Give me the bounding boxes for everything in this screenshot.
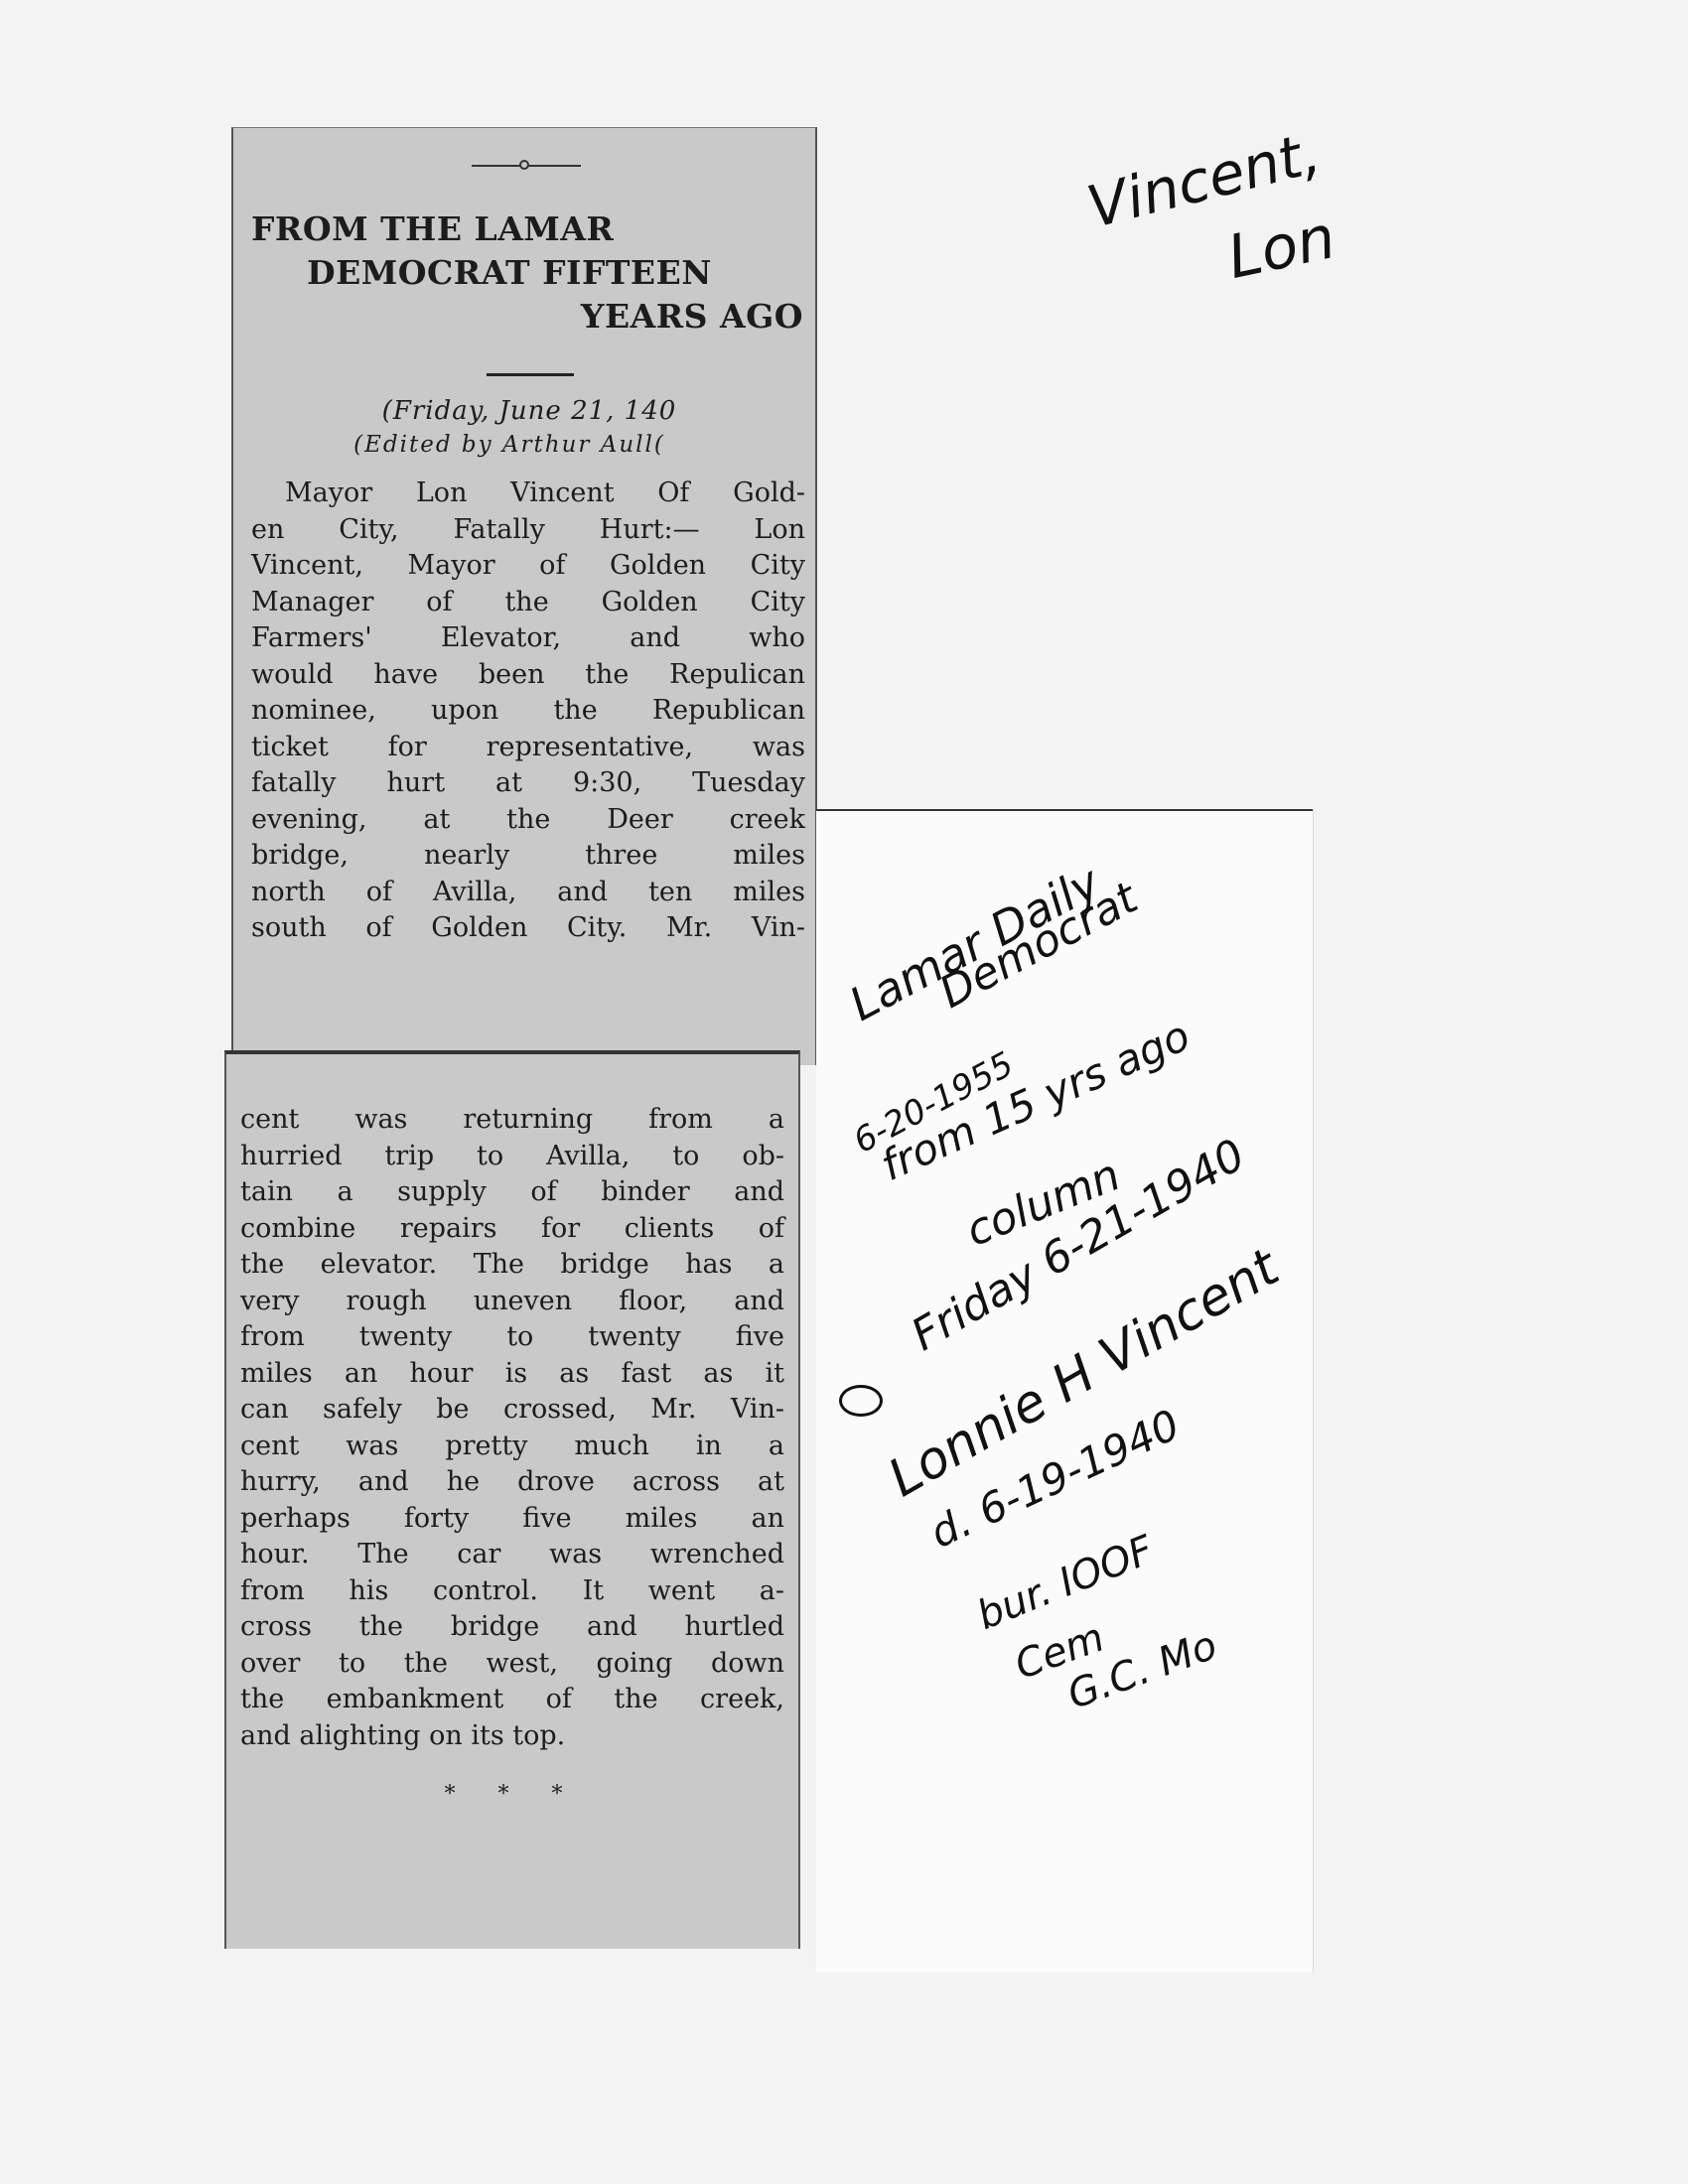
text-line: cent was pretty much in a (240, 1429, 784, 1465)
ornament-divider (472, 160, 581, 172)
headline-line: DEMOCRAT FIFTEEN (251, 251, 807, 295)
newspaper-clipping-lower: cent was returning from ahurried trip to… (224, 1050, 800, 1949)
text-line: bridge, nearly three miles (251, 838, 805, 875)
text-line: Manager of the Golden City (251, 585, 805, 621)
text-line: the elevator. The bridge has a (240, 1247, 784, 1284)
clipping-body-part1: Mayor Lon Vincent Of Gold-en City, Fatal… (251, 476, 805, 947)
editor-line: (Edited by Arthur Aull( (251, 428, 807, 462)
text-line: and alighting on its top. (240, 1718, 784, 1755)
text-line: miles an hour is as fast as it (240, 1356, 784, 1393)
text-line: from twenty to twenty five (240, 1319, 784, 1356)
scribble-mark-icon (839, 1385, 883, 1417)
text-line: cent was returning from a (240, 1102, 784, 1139)
clipping-headline: FROM THE LAMAR DEMOCRAT FIFTEEN YEARS AG… (251, 207, 807, 339)
text-line: fatally hurt at 9:30, Tuesday (251, 765, 805, 802)
text-line: would have been the Repulican (251, 657, 805, 694)
text-line: combine repairs for clients of (240, 1211, 784, 1248)
text-line: from his control. It went a- (240, 1573, 784, 1610)
text-line: nominee, upon the Republican (251, 693, 805, 730)
headline-line: FROM THE LAMAR (251, 207, 807, 251)
text-line: hurry, and he drove across at (240, 1464, 784, 1501)
text-line: very rough uneven floor, and (240, 1284, 784, 1320)
text-line: evening, at the Deer creek (251, 802, 805, 839)
text-line: the embankment of the creek, (240, 1682, 784, 1718)
text-line: tain a supply of binder and (240, 1174, 784, 1211)
text-line: perhaps forty five miles an (240, 1501, 784, 1538)
text-line: hour. The car was wrenched (240, 1537, 784, 1573)
date-line: (Friday, June 21, 140 (251, 394, 807, 428)
handwritten-line: Lon (1221, 203, 1340, 293)
text-line: ticket for representative, was (251, 730, 805, 766)
text-line: Mayor Lon Vincent Of Gold- (251, 476, 805, 512)
text-line: north of Avilla, and ten miles (251, 875, 805, 911)
clipping-body-part2: cent was returning from ahurried trip to… (240, 1102, 784, 1754)
text-line: can safely be crossed, Mr. Vin- (240, 1392, 784, 1429)
headline-rule (487, 373, 574, 376)
headline-line: YEARS AGO (251, 295, 807, 339)
text-line: en City, Fatally Hurt:— Lon (251, 512, 805, 549)
text-line: Farmers' Elevator, and who (251, 620, 805, 657)
text-line: over to the west, going down (240, 1646, 784, 1683)
text-line: hurried trip to Avilla, to ob- (240, 1139, 784, 1175)
text-line: Vincent, Mayor of Golden City (251, 548, 805, 585)
text-line: cross the bridge and hurtled (240, 1609, 784, 1646)
text-line: south of Golden City. Mr. Vin- (251, 910, 805, 947)
end-mark: * * * (240, 1782, 784, 1807)
newspaper-clipping-upper: FROM THE LAMAR DEMOCRAT FIFTEEN YEARS AG… (231, 127, 817, 1065)
clipping-dateline: (Friday, June 21, 140 (Edited by Arthur … (251, 394, 807, 462)
